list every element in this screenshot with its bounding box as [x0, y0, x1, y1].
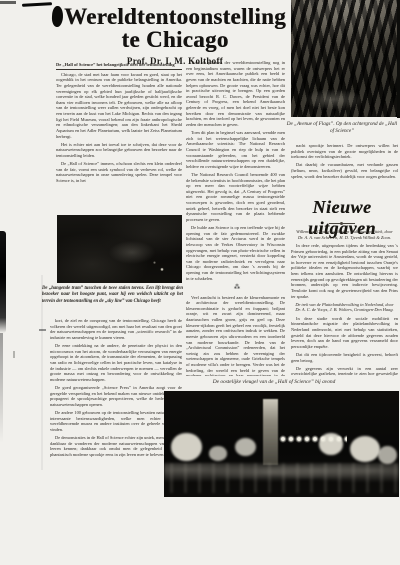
headline-line1: Wereldtentoonstelling — [50, 5, 300, 28]
paragraph: De eene ontdekking na de andere, de pene… — [50, 343, 182, 382]
night-photo-light-blob — [209, 446, 228, 461]
paragraph: De „Hall of Science” immers, ofschoon sl… — [56, 161, 182, 184]
right-column-reviews: Willem van Oranje's geloof en godsdienst… — [291, 229, 398, 376]
paragraph: Chicago, de stad met haar faam voor kwaa… — [56, 72, 182, 140]
left-after-photo-paragraphs: kort, de ziel en de oorsprong van de ten… — [50, 318, 182, 457]
book2-review-paragraphs: In deze studie wordt de sociale mobilite… — [291, 316, 398, 376]
scan-artifact-top-squiggle — [22, 2, 52, 7]
heading-ornament — [329, 223, 355, 225]
right-paragraphs-top: nacht sprookje herinnert. De ontwerpers … — [291, 143, 398, 179]
night-photo-light-blob — [171, 433, 202, 461]
scan-artifact-left-edge — [0, 231, 6, 333]
paragraph: In deze rede, uitgesproken tijdens de he… — [291, 243, 398, 299]
tram-photo-caption: De „hangende tram” tusschen de twee stal… — [42, 286, 183, 305]
scan-artifact-top-line — [0, 1, 16, 4]
flags-photo-ground-glow — [302, 89, 366, 110]
scan-artifact-speck — [13, 351, 15, 358]
asterism-separator: ⁂ — [186, 284, 285, 292]
left-column-upper: De „Hall of Science” het belangrijkste d… — [56, 62, 182, 213]
paragraph: De hulde aan Science is op een treffende… — [186, 225, 285, 281]
night-photo-tower-light — [263, 399, 278, 465]
book-reference-1: Willem van Oranje's geloof en godsdienst… — [291, 229, 398, 240]
flags-photo-caption: De „Avenue of Flags”. Op den achtergrond… — [286, 121, 398, 135]
tram-photo — [57, 215, 182, 283]
paragraph: Veel aandacht is besteed aan de kleurenh… — [186, 295, 285, 376]
left-column-lower: kort, de ziel en de oorsprong van de ten… — [50, 318, 182, 468]
book1-review-paragraphs: In deze rede, uitgesproken tijdens de he… — [291, 243, 398, 299]
paragraph: Dat daarbij de vacuumbuizen, met verdund… — [291, 162, 398, 179]
paragraph: nacht sprookje herinnert. De ontwerpers … — [291, 143, 398, 160]
paragraph: Dat dit een tijdroovende bezigheid is ge… — [291, 352, 398, 363]
night-photo-light-blob — [378, 446, 397, 464]
paragraph: In deze studie wordt de sociale mobilite… — [291, 316, 398, 350]
middle-paragraphs-top: Toen de plannen der wereldtentoonstellin… — [186, 60, 285, 281]
night-photo-water-reflections — [164, 463, 399, 493]
paragraph: De gegevens zijn verwerkt in een aantal … — [291, 366, 398, 376]
hall-of-science-night-photo — [164, 391, 399, 497]
paragraph: De goed georganiseerde „Science Press” i… — [50, 385, 182, 408]
avenue-of-flags-photo — [291, 0, 397, 117]
night-photo-light-blob — [350, 436, 381, 463]
paragraph: The National Research Council benoemde 4… — [186, 172, 285, 223]
night-photo-caption: De oostelijke vleugel van de „Hall of Sc… — [150, 379, 398, 385]
scan-artifact-left-faint — [0, 333, 3, 443]
paragraph: De andere 100 gebouwen op de tentoonstel… — [50, 410, 182, 433]
paragraph: Toen de plannen der wereldtentoonstellin… — [186, 60, 285, 128]
paragraph: Toen dit plan in beginsel was aanvaard, … — [186, 130, 285, 169]
night-photo-light-blob — [319, 433, 343, 454]
night-photo-light-blob — [235, 438, 256, 456]
middle-paragraphs-bottom: Veel aandacht is besteed aan de kleurenh… — [186, 295, 285, 376]
masthead: Wereldtentoonstelling te Chicago Prof. D… — [50, 5, 300, 66]
section-header: De „Hall of Science” het belangrijkste d… — [56, 62, 182, 70]
book-reference-2: De trek van de Plattelandsbevolking in N… — [291, 302, 398, 313]
middle-column: Toen de plannen der wereldtentoonstellin… — [186, 60, 285, 376]
left-intro-paragraphs: Chicago, de stad met haar faam voor kwaa… — [56, 72, 182, 184]
paragraph: Het is echter niet aan het toeval toe te… — [56, 142, 182, 159]
scanned-newspaper-page: Wereldtentoonstelling te Chicago Prof. D… — [0, 0, 400, 565]
headline-line2: te Chicago — [50, 28, 300, 51]
paragraph: De demonstraties in de Hall of Science e… — [50, 435, 182, 458]
paragraph: kort, de ziel en de oorsprong van de ten… — [50, 318, 182, 341]
right-column-upper: nacht sprookje herinnert. De ontwerpers … — [291, 143, 398, 197]
